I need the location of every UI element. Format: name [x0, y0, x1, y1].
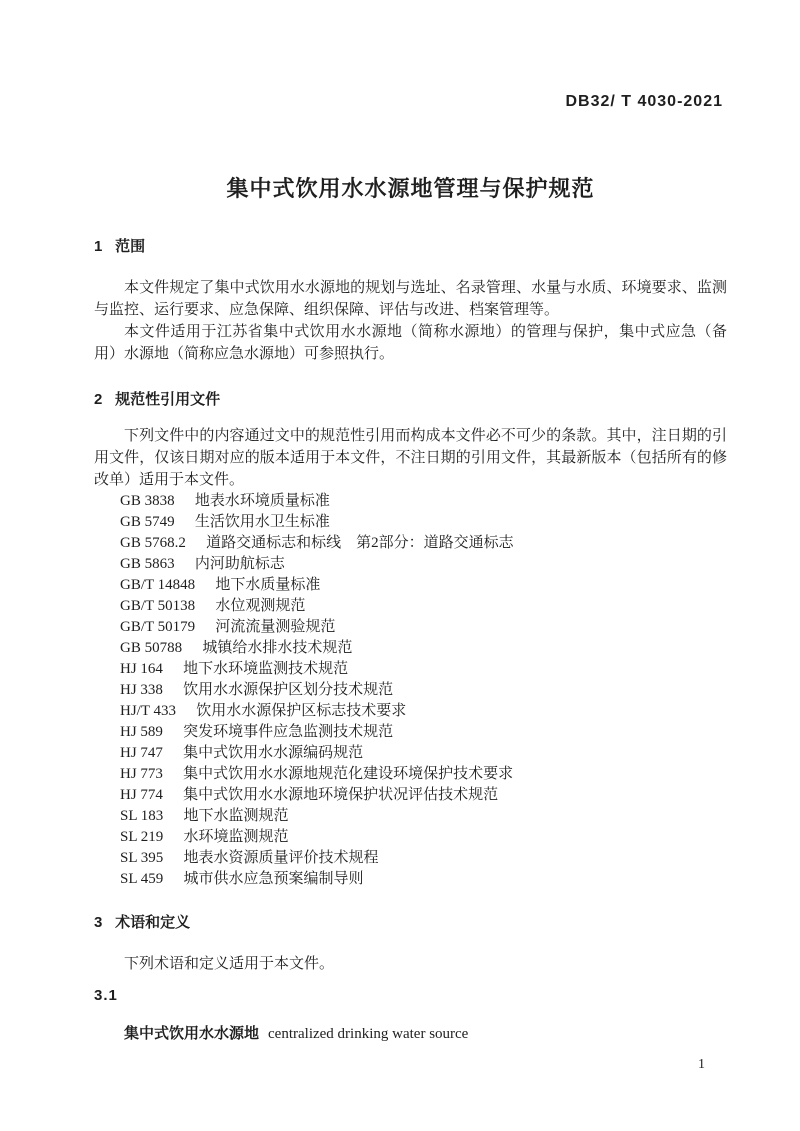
page-number: 1: [698, 1056, 705, 1074]
reference-code: GB 5749: [120, 514, 175, 530]
section-title: 范围: [115, 238, 145, 255]
reference-code: GB 3838: [120, 493, 175, 509]
reference-code: HJ 773: [120, 766, 163, 782]
reference-title: 城镇给水排水技术规范: [202, 640, 352, 656]
section-number: 3: [94, 914, 102, 931]
reference-code: GB/T 50179: [120, 619, 195, 635]
reference-code: HJ 589: [120, 724, 163, 740]
section-number: 2: [94, 391, 102, 408]
reference-title: 突发环境事件应急监测技术规范: [183, 724, 393, 740]
reference-code: SL 219: [120, 829, 163, 845]
reference-title: 集中式饮用水水源编码规范: [183, 745, 363, 761]
document-title: 集中式饮用水水源地管理与保护规范: [94, 174, 727, 204]
reference-title: 水位观测规范: [215, 598, 305, 614]
reference-title: 集中式饮用水水源地规范化建设环境保护技术要求: [183, 766, 513, 782]
reference-item: HJ 773集中式饮用水水源地规范化建设环境保护技术要求: [120, 764, 727, 785]
reference-code: GB 5768.2: [120, 535, 186, 551]
reference-title: 生活饮用水卫生标准: [195, 514, 330, 530]
reference-item: GB 5768.2道路交通标志和标线 第2部分：道路交通标志: [120, 533, 727, 554]
reference-item: GB/T 50179河流流量测验规范: [120, 617, 727, 638]
reference-title: 地下水质量标准: [215, 577, 320, 593]
reference-title: 城市供水应急预案编制导则: [183, 871, 363, 887]
reference-title: 集中式饮用水水源地环境保护状况评估技术规范: [183, 787, 498, 803]
reference-item: GB 5749生活饮用水卫生标准: [120, 512, 727, 533]
reference-item: GB 3838地表水环境质量标准: [120, 491, 727, 512]
reference-item: HJ 747集中式饮用水水源编码规范: [120, 743, 727, 764]
document-page: DB32/ T 4030-2021 集中式饮用水水源地管理与保护规范 1范围 本…: [0, 0, 800, 1131]
section-title: 规范性引用文件: [115, 391, 220, 408]
reference-item: HJ 164地下水环境监测技术规范: [120, 659, 727, 680]
reference-item: GB/T 50138水位观测规范: [120, 596, 727, 617]
reference-code: SL 395: [120, 850, 163, 866]
reference-item: HJ/T 433饮用水水源保护区标志技术要求: [120, 701, 727, 722]
reference-code: GB 5863: [120, 556, 175, 572]
reference-item: HJ 338饮用水水源保护区划分技术规范: [120, 680, 727, 701]
section-heading-scope: 1范围: [94, 236, 727, 257]
reference-code: SL 183: [120, 808, 163, 824]
reference-item: GB 5863内河助航标志: [120, 554, 727, 575]
term-english: centralized drinking water source: [268, 1026, 468, 1042]
reference-code: HJ/T 433: [120, 703, 176, 719]
reference-list: GB 3838地表水环境质量标准 GB 5749生活饮用水卫生标准 GB 576…: [120, 491, 727, 890]
term-definition: 集中式饮用水水源地centralized drinking water sour…: [124, 1023, 727, 1045]
reference-title: 地表水资源质量评价技术规程: [183, 850, 378, 866]
reference-title: 饮用水水源保护区标志技术要求: [196, 703, 406, 719]
reference-title: 道路交通标志和标线 第2部分：道路交通标志: [206, 535, 514, 551]
reference-code: HJ 338: [120, 682, 163, 698]
reference-title: 水环境监测规范: [183, 829, 288, 845]
reference-item: SL 459城市供水应急预案编制导则: [120, 869, 727, 890]
reference-title: 地表水环境质量标准: [195, 493, 330, 509]
reference-item: GB/T 14848地下水质量标准: [120, 575, 727, 596]
paragraph: 下列文件中的内容通过文中的规范性引用而构成本文件必不可少的条款。其中，注日期的引…: [94, 425, 727, 491]
reference-item: SL 183地下水监测规范: [120, 806, 727, 827]
section-title: 术语和定义: [115, 914, 190, 931]
term-chinese: 集中式饮用水水源地: [124, 1025, 259, 1042]
section-heading-terms-definitions: 3术语和定义: [94, 912, 727, 933]
reference-code: HJ 774: [120, 787, 163, 803]
reference-code: SL 459: [120, 871, 163, 887]
section-heading-normative-references: 2规范性引用文件: [94, 389, 727, 410]
document-body: 1范围 本文件规定了集中式饮用水水源地的规划与选址、名录管理、水量与水质、环境要…: [94, 236, 727, 1045]
reference-item: GB 50788城镇给水排水技术规范: [120, 638, 727, 659]
reference-item: HJ 589突发环境事件应急监测技术规范: [120, 722, 727, 743]
reference-code: GB 50788: [120, 640, 182, 656]
paragraph: 下列术语和定义适用于本文件。: [94, 953, 727, 975]
section-number: 1: [94, 238, 102, 255]
reference-title: 河流流量测验规范: [215, 619, 335, 635]
reference-title: 地下水环境监测技术规范: [183, 661, 348, 677]
reference-title: 地下水监测规范: [183, 808, 288, 824]
paragraph: 本文件适用于江苏省集中式饮用水水源地（简称水源地）的管理与保护，集中式应急（备用…: [94, 321, 727, 365]
reference-item: HJ 774集中式饮用水水源地环境保护状况评估技术规范: [120, 785, 727, 806]
standard-number: DB32/ T 4030-2021: [0, 93, 800, 111]
reference-code: HJ 747: [120, 745, 163, 761]
reference-title: 饮用水水源保护区划分技术规范: [183, 682, 393, 698]
reference-title: 内河助航标志: [195, 556, 285, 572]
reference-item: SL 219水环境监测规范: [120, 827, 727, 848]
clause-number: 3.1: [94, 986, 727, 1006]
reference-code: GB/T 50138: [120, 598, 195, 614]
reference-code: GB/T 14848: [120, 577, 195, 593]
paragraph: 本文件规定了集中式饮用水水源地的规划与选址、名录管理、水量与水质、环境要求、监测…: [94, 277, 727, 321]
reference-code: HJ 164: [120, 661, 163, 677]
reference-item: SL 395地表水资源质量评价技术规程: [120, 848, 727, 869]
